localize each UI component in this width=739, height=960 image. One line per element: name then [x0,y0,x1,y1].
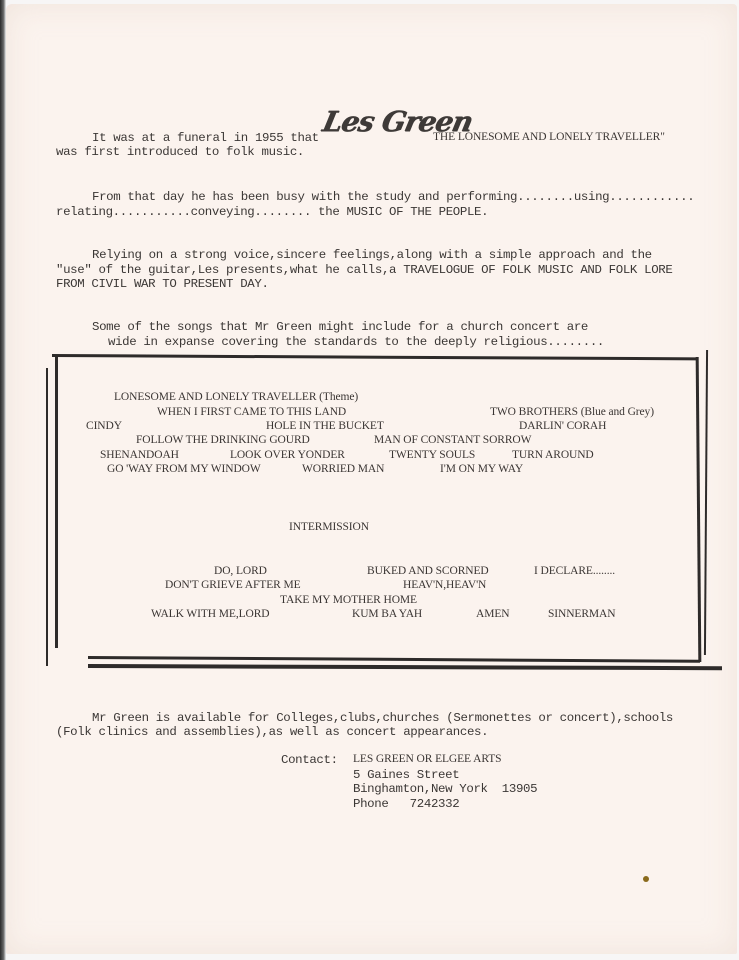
intermission-label: INTERMISSION [289,521,369,533]
song-item: DO, LORD [214,565,267,577]
song-item: KUM BA YAH [352,608,422,620]
intro-line1-after: THE LONESOME AND LONELY TRAVELLER" [433,131,665,143]
song-item: GO 'WAY FROM MY WINDOW [107,463,261,475]
paragraph2-line2: relating...........conveying........ the… [56,205,488,220]
availability-line2: (Folk clinics and assemblies),as well as… [56,725,488,740]
song-item: AMEN [476,608,509,620]
intro-line2: was first introduced to folk music. [56,145,304,160]
paragraph4-line2: wide in expanse covering the standards t… [108,335,604,350]
song-item: WALK WITH ME,LORD [151,608,270,620]
song-item: DARLIN' CORAH [519,420,606,432]
songbox-border-left-inner [55,356,58,648]
paragraph3-line2: "use" of the guitar,Les presents,what he… [56,263,672,278]
song-item: WORRIED MAN [302,463,384,475]
song-item: WHEN I FIRST CAME TO THIS LAND [157,406,346,418]
contact-phone: Phone 7242332 [353,797,459,812]
song-item: DON'T GRIEVE AFTER ME [165,579,301,591]
paragraph4-line1: Some of the songs that Mr Green might in… [92,320,588,335]
song-item: I'M ON MY WAY [440,463,523,475]
contact-street: 5 Gaines Street [353,768,459,783]
contact-name: LES GREEN OR ELGEE ARTS [353,753,501,765]
contact-city: Binghamton,New York 13905 [353,782,537,797]
song-item: LOOK OVER YONDER [230,449,345,461]
song-item: MAN OF CONSTANT SORROW [374,434,531,446]
song-item: TWO BROTHERS (Blue and Grey) [490,406,654,418]
availability-line1: Mr Green is available for Colleges,clubs… [92,711,673,726]
paper-speck [643,876,649,882]
song-item: BUKED AND SCORNED [367,565,489,577]
song-item: HOLE IN THE BUCKET [266,420,384,432]
contact-label: Contact: [281,753,338,768]
song-item: TWENTY SOULS [389,449,475,461]
song-item: SINNERMAN [548,608,615,620]
paragraph2-line1: From that day he has been busy with the … [92,190,694,205]
song-item: TAKE MY MOTHER HOME [280,594,417,606]
song-item: CINDY [86,420,122,432]
song-item: TURN AROUND [512,449,594,461]
paragraph3-line1: Relying on a strong voice,sincere feelin… [92,248,652,263]
song-item: SHENANDOAH [100,449,179,461]
song-item: I DECLARE........ [534,565,615,577]
song-item: LONESOME AND LONELY TRAVELLER (Theme) [114,391,358,403]
paragraph3-line3: FROM CIVIL WAR TO PRESENT DAY. [56,277,269,292]
intro-line1-before: It was at a funeral in 1955 that [92,131,319,146]
song-item: HEAV'N,HEAV'N [403,579,486,591]
songbox-border-left-outer [46,368,48,666]
song-item: FOLLOW THE DRINKING GOURD [136,434,310,446]
